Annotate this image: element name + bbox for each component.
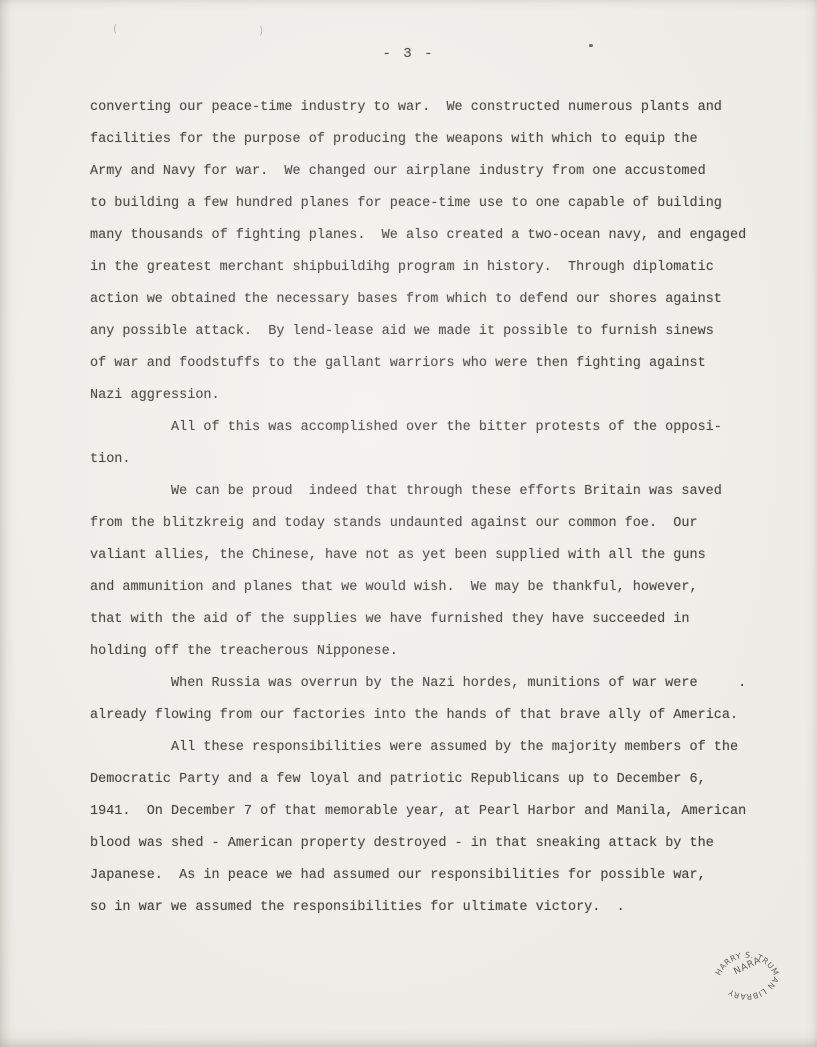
document-page: - 3 - ( ) converting our peace-time indu… xyxy=(0,0,817,1047)
text-line: All of this was accomplished over the bi… xyxy=(90,412,746,444)
text-line: Army and Navy for war. We changed our ai… xyxy=(90,156,746,188)
text-line: in the greatest merchant shipbuildihg pr… xyxy=(90,252,746,284)
text-line: of war and foodstuffs to the gallant war… xyxy=(90,348,746,380)
truman-library-stamp: HARRY S. TRUMAN LIBRARY NARA xyxy=(703,921,791,1009)
svg-text:HARRY S. TRUMAN LIBRARY: HARRY S. TRUMAN LIBRARY xyxy=(714,951,781,1002)
text-line: and ammunition and planes that we would … xyxy=(90,572,746,604)
text-line: valiant allies, the Chinese, have not as… xyxy=(90,540,746,572)
text-line: All these responsibilities were assumed … xyxy=(90,732,746,764)
text-line: Nazi aggression. xyxy=(90,380,746,412)
text-line: so in war we assumed the responsibilitie… xyxy=(90,892,746,924)
text-line: already flowing from our factories into … xyxy=(90,700,746,732)
text-line: Japanese. As in peace we had assumed our… xyxy=(90,860,746,892)
ink-speck xyxy=(589,44,593,47)
text-line: When Russia was overrun by the Nazi hord… xyxy=(90,668,746,700)
stamp-ring-text: HARRY S. TRUMAN LIBRARY xyxy=(714,951,781,1002)
text-line: to building a few hundred planes for pea… xyxy=(90,188,746,220)
text-line: from the blitzkreig and today stands und… xyxy=(90,508,746,540)
text-line: action we obtained the necessary bases f… xyxy=(90,284,746,316)
text-line: Democratic Party and a few loyal and pat… xyxy=(90,764,746,796)
text-line: any possible attack. By lend-lease aid w… xyxy=(90,316,746,348)
pencil-mark-left: ( xyxy=(113,22,117,35)
page-number: - 3 - xyxy=(0,46,817,62)
text-line: holding off the treacherous Nipponese. xyxy=(90,636,746,668)
text-line: converting our peace-time industry to wa… xyxy=(90,92,746,124)
text-line: facilities for the purpose of producing … xyxy=(90,124,746,156)
text-line: 1941. On December 7 of that memorable ye… xyxy=(90,796,746,828)
text-line: tion. xyxy=(90,444,746,476)
pencil-mark-right: ) xyxy=(259,24,263,37)
typed-text-body: converting our peace-time industry to wa… xyxy=(90,92,746,924)
text-line: We can be proud indeed that through thes… xyxy=(90,476,746,508)
text-line: many thousands of fighting planes. We al… xyxy=(90,220,746,252)
text-line: blood was shed - American property destr… xyxy=(90,828,746,860)
text-line: that with the aid of the supplies we hav… xyxy=(90,604,746,636)
